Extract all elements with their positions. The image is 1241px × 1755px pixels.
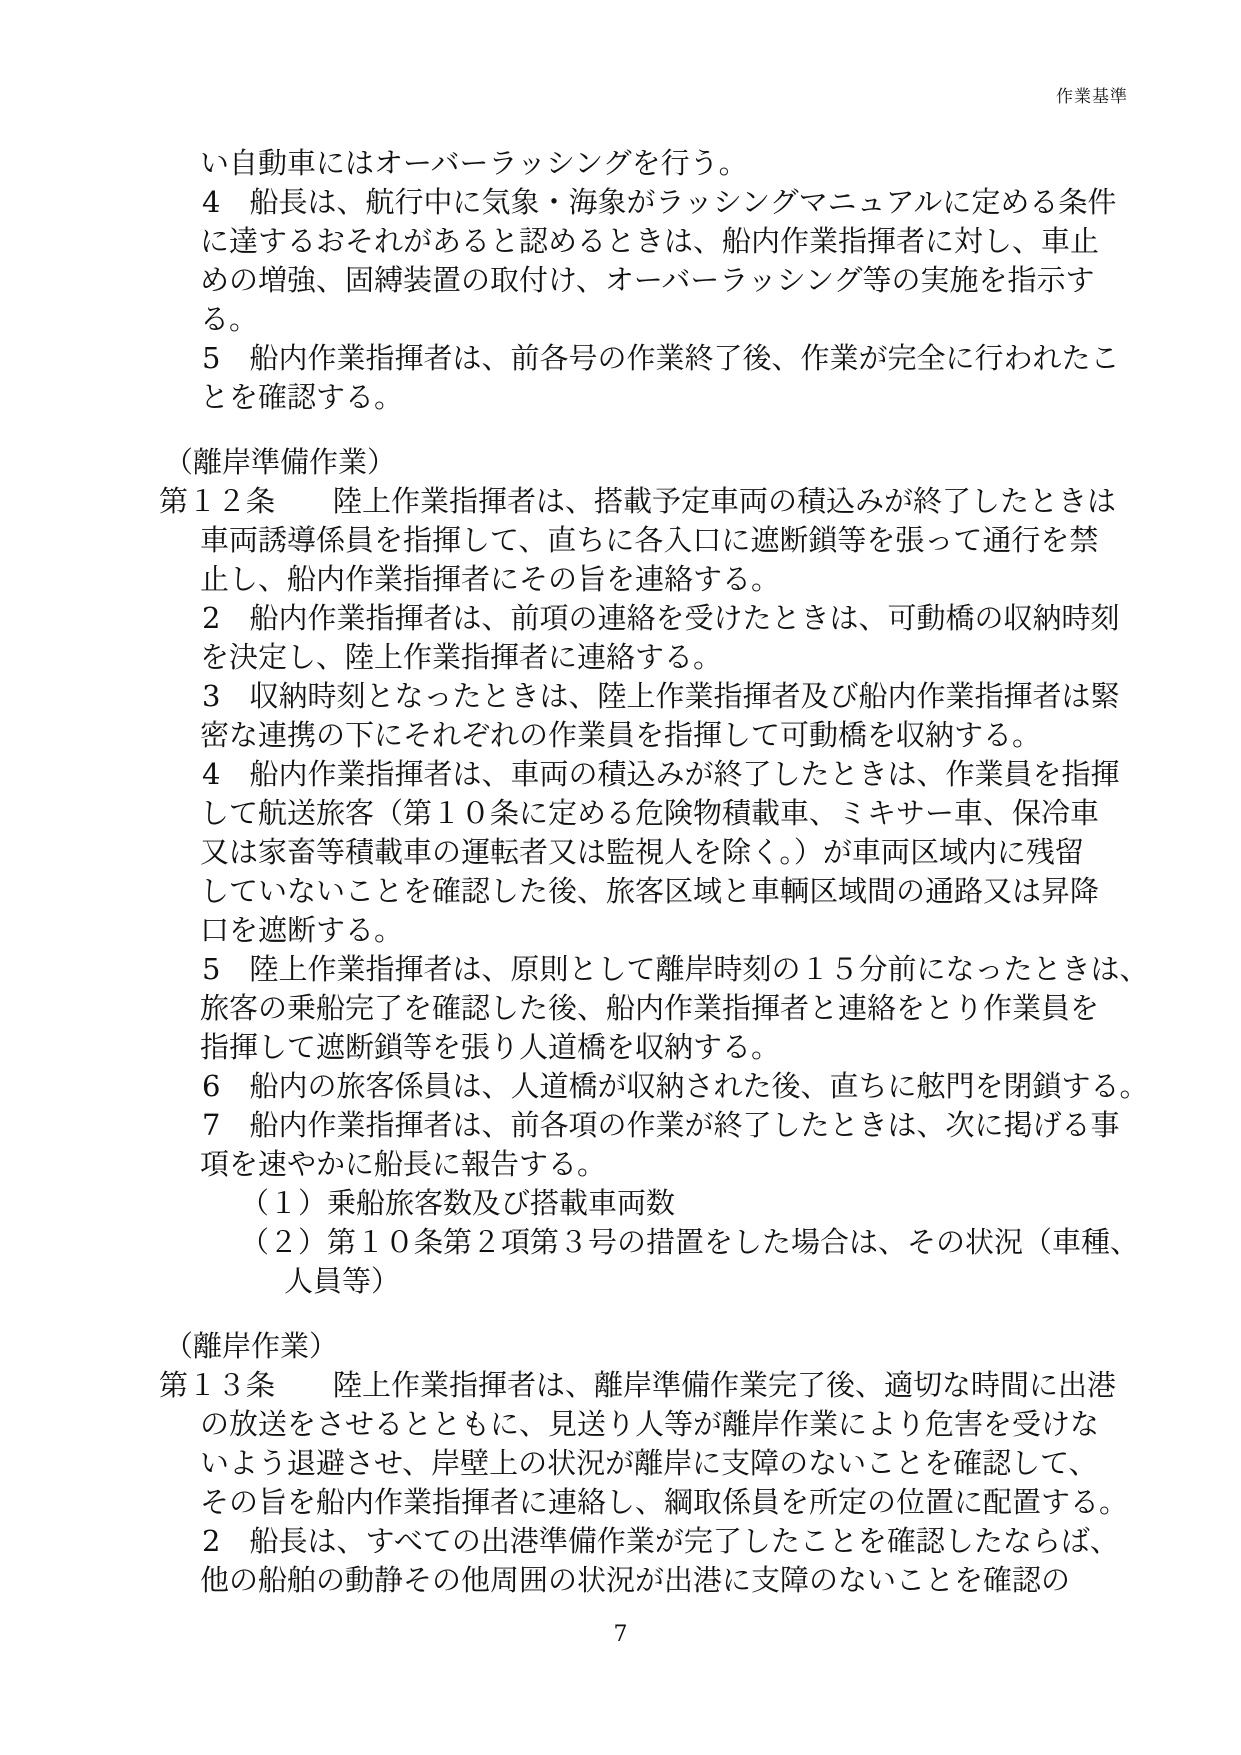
numbered-paragraph-line: 2 船内作業指揮者は、前項の連絡を受けたときは、可動橋の収納時刻	[0, 599, 1241, 638]
text-line: その旨を船内作業指揮者に連絡し、綱取係員を所定の位置に配置する。	[0, 1483, 1241, 1522]
numbered-paragraph-line: 6 船内の旅客係員は、人道橋が収納された後、直ちに舷門を閉鎖する。	[0, 1067, 1241, 1106]
text-line: めの増強、固縛装置の取付け、オーバーラッシング等の実施を指示す	[0, 261, 1241, 300]
section-heading: （離岸準備作業）	[0, 443, 1241, 482]
page-number: 7	[0, 1620, 1241, 1650]
text-line: 指揮して遮断鎖等を張り人道橋を収納する。	[0, 1028, 1241, 1067]
text-line: の放送をさせるとともに、見送り人等が離岸作業により危害を受けな	[0, 1405, 1241, 1444]
text-line: していないことを確認した後、旅客区域と車輌区域間の通路又は昇降	[0, 872, 1241, 911]
text-line: 項を速やかに船長に報告する。	[0, 1145, 1241, 1184]
numbered-paragraph-line: 5 船内作業指揮者は、前各号の作業終了後、作業が完全に行われたこ	[0, 339, 1241, 378]
list-item-continuation-line: 人員等）	[0, 1262, 1241, 1301]
text-line: 車両誘導係員を指揮して、直ちに各入口に遮断鎖等を張って通行を禁	[0, 521, 1241, 560]
numbered-paragraph-line: 4 船内作業指揮者は、車両の積込みが終了したときは、作業員を指揮	[0, 755, 1241, 794]
text-line: 口を遮断する。	[0, 911, 1241, 950]
text-line: して航送旅客（第１０条に定める危険物積載車、ミキサー車、保冷車	[0, 794, 1241, 833]
article-opening-line: 第１３条 陸上作業指揮者は、離岸準備作業完了後、適切な時間に出港	[0, 1366, 1241, 1405]
text-line: る。	[0, 300, 1241, 339]
text-line: に達するおそれがあると認めるときは、船内作業指揮者に対し、車止	[0, 222, 1241, 261]
numbered-paragraph-line: 2 船長は、すべての出港準備作業が完了したことを確認したならば、	[0, 1522, 1241, 1561]
text-line: 密な連携の下にそれぞれの作業員を指揮して可動橋を収納する。	[0, 716, 1241, 755]
document-body: い自動車にはオーバーラッシングを行う。4 船長は、航行中に気象・海象がラッシング…	[0, 144, 1241, 1600]
numbered-paragraph-line: 5 陸上作業指揮者は、原則として離岸時刻の１５分前になったときは、	[0, 950, 1241, 989]
page-header-label: 作業基準	[1056, 86, 1128, 108]
text-line: 旅客の乗船完了を確認した後、船内作業指揮者と連絡をとり作業員を	[0, 989, 1241, 1028]
list-item-line: （１）乗船旅客数及び搭載車両数	[0, 1184, 1241, 1223]
article-opening-line: 第１２条 陸上作業指揮者は、搭載予定車両の積込みが終了したときは	[0, 482, 1241, 521]
document-page: 作業基準 い自動車にはオーバーラッシングを行う。4 船長は、航行中に気象・海象が…	[0, 0, 1241, 1755]
text-line: を決定し、陸上作業指揮者に連絡する。	[0, 638, 1241, 677]
text-line: 他の船舶の動静その他周囲の状況が出港に支障のないことを確認の	[0, 1561, 1241, 1600]
text-line: とを確認する。	[0, 378, 1241, 417]
numbered-paragraph-line: 7 船内作業指揮者は、前各項の作業が終了したときは、次に掲げる事	[0, 1106, 1241, 1145]
section-heading: （離岸作業）	[0, 1327, 1241, 1366]
text-line: い自動車にはオーバーラッシングを行う。	[0, 144, 1241, 183]
text-line: 又は家畜等積載車の運転者又は監視人を除く。）が車両区域内に残留	[0, 833, 1241, 872]
numbered-paragraph-line: 4 船長は、航行中に気象・海象がラッシングマニュアルに定める条件	[0, 183, 1241, 222]
text-line: いよう退避させ、岸壁上の状況が離岸に支障のないことを確認して、	[0, 1444, 1241, 1483]
text-line: 止し、船内作業指揮者にその旨を連絡する。	[0, 560, 1241, 599]
numbered-paragraph-line: 3 収納時刻となったときは、陸上作業指揮者及び船内作業指揮者は緊	[0, 677, 1241, 716]
list-item-line: （２）第１０条第２項第３号の措置をした場合は、その状況（車種、	[0, 1223, 1241, 1262]
